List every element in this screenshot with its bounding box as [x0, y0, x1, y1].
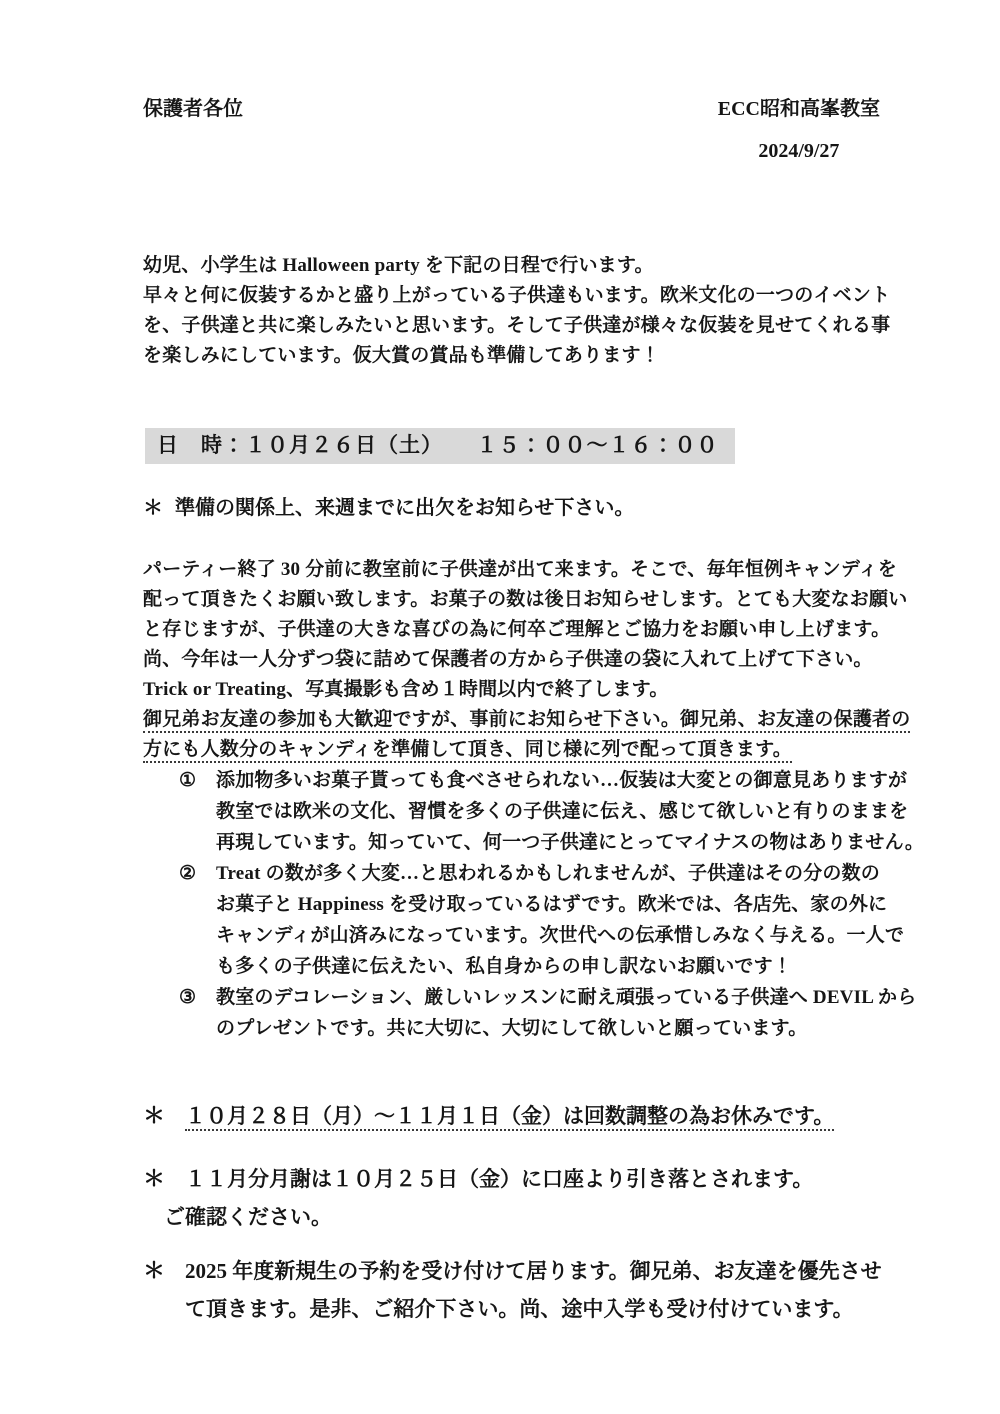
list-item: ③ 教室のデコレーション、厳しいレッスンに耐え頑張っている子供達へ DEVIL …: [179, 982, 880, 1044]
note-line: 2025 年度新規生の予約を受け付けて居ります。御兄弟、お友達を優先させ: [185, 1252, 882, 1290]
list-item-marker: ②: [179, 858, 216, 982]
list-item-marker: ①: [179, 765, 216, 858]
paragraph-line: 幼児、小学生は Halloween party を下記の日程で行います。: [143, 251, 880, 281]
body-paragraph: パーティー終了 30 分前に教室前に子供達が出て来ます。そこで、毎年恒例キャンデ…: [143, 555, 880, 765]
note-line: １１月分月謝は１０月２５日（金）に口座より引き落とされます。: [185, 1160, 813, 1198]
header: 保護者各位 ECC昭和高峯教室 2024/9/27: [143, 97, 880, 163]
paragraph-line: を楽しみにしています。仮大賞の賞品も準備してあります！: [143, 341, 880, 371]
note-line: ご確認ください。: [164, 1198, 813, 1236]
list-line: お菓子と Happiness を受け取っているはずです。欧米では、各店先、家の外…: [216, 889, 904, 920]
paragraph-line: Trick or Treating、写真撮影も含め１時間以内で終了します。: [143, 675, 880, 705]
list-item-text: 教室のデコレーション、厳しいレッスンに耐え頑張っている子供達へ DEVIL から…: [216, 982, 916, 1044]
paragraph-line: と存じますが、子供達の大きな喜びの為に何卒ご理解とご協力をお願い申し上げます。: [143, 615, 880, 645]
school-name: ECC昭和高峯教室: [718, 97, 880, 121]
document-date: 2024/9/27: [718, 139, 880, 163]
asterisk-marker: ＊: [143, 1252, 185, 1328]
intro-paragraph: 幼児、小学生は Halloween party を下記の日程で行います。 早々と…: [143, 251, 880, 371]
note-text: 2025 年度新規生の予約を受け付けて居ります。御兄弟、お友達を優先させ て頂き…: [185, 1252, 882, 1328]
paragraph-line: パーティー終了 30 分前に教室前に子供達が出て来ます。そこで、毎年恒例キャンデ…: [143, 555, 880, 585]
paragraph-line: 尚、今年は一人分ずつ袋に詰めて保護者の方から子供達の袋に入れて上げて下さい。: [143, 645, 880, 675]
list-line: Treat の数が多く大変…と思われるかもしれませんが、子供達はその分の数の: [216, 858, 904, 889]
header-right: ECC昭和高峯教室 2024/9/27: [718, 97, 880, 163]
list-item-text: 添加物多いお菓子貰っても食べさせられない…仮装は大変との御意見ありますが 教室で…: [216, 765, 924, 858]
note-text: １１月分月謝は１０月２５日（金）に口座より引き落とされます。 ご確認ください。: [185, 1160, 813, 1236]
list-line: 教室のデコレーション、厳しいレッスンに耐え頑張っている子供達へ DEVIL から: [216, 982, 916, 1013]
numbered-list: ① 添加物多いお菓子貰っても食べさせられない…仮装は大変との御意見ありますが 教…: [179, 765, 880, 1044]
list-item: ① 添加物多いお菓子貰っても食べさせられない…仮装は大変との御意見ありますが 教…: [179, 765, 880, 858]
list-line: キャンディが山済みになっています。次世代への伝承惜しみなく与える。一人で: [216, 920, 904, 951]
asterisk-marker: ＊: [143, 1098, 185, 1134]
list-item-text: Treat の数が多く大変…と思われるかもしれませんが、子供達はその分の数の お…: [216, 858, 904, 982]
paragraph-line: 早々と何に仮装するかと盛り上がっている子供達もいます。欧米文化の一つのイベント: [143, 281, 880, 311]
list-line: 再現しています。知っていて、何一つ子供達にとってマイナスの物はありません。: [216, 827, 924, 858]
note-line: て頂きます。是非、ご紹介下さい。尚、途中入学も受け付けています。: [185, 1290, 882, 1328]
asterisk-marker: ＊: [143, 494, 175, 522]
note-text-underlined: １０月２８日（月）～１１月１日（金）は回数調整の為お休みです。: [185, 1098, 834, 1134]
paragraph-line: を、子供達と共に楽しみたいと思います。そして子供達が様々な仮装を見せてくれる事: [143, 311, 880, 341]
paragraph-line: 配って頂きたくお願い致します。お菓子の数は後日お知らせします。とても大変なお願い: [143, 585, 880, 615]
list-line: のプレゼントです。共に大切に、大切にして欲しいと願っています。: [216, 1013, 916, 1044]
schedule-highlight: 日 時：１０月２６日（土） １５：００～１６：００: [145, 428, 735, 464]
note-tuition: ＊ １１月分月謝は１０月２５日（金）に口座より引き落とされます。 ご確認ください…: [143, 1160, 880, 1236]
list-line: 教室では欧米の文化、習慣を多くの子供達に伝え、感じて欲しいと有りのままを: [216, 796, 924, 827]
rsvp-text: 準備の関係上、来週までに出欠をお知らせ下さい。: [175, 494, 634, 522]
list-line: 添加物多いお菓子貰っても食べさせられない…仮装は大変との御意見ありますが: [216, 765, 924, 796]
list-line: も多くの子供達に伝えたい、私自身からの申し訳ないお願いです！: [216, 951, 904, 982]
paragraph-line-underlined: 方にも人数分のキャンディを準備して頂き、同じ様に列で配って頂きます。: [143, 735, 880, 765]
recipient: 保護者各位: [143, 97, 243, 121]
list-item-marker: ③: [179, 982, 216, 1044]
note-enrollment: ＊ 2025 年度新規生の予約を受け付けて居ります。御兄弟、お友達を優先させ て…: [143, 1252, 880, 1328]
document-page: 保護者各位 ECC昭和高峯教室 2024/9/27 幼児、小学生は Hallow…: [0, 0, 1000, 1414]
schedule-row: 日 時：１０月２６日（土） １５：００～１６：００: [143, 428, 880, 464]
list-item: ② Treat の数が多く大変…と思われるかもしれませんが、子供達はその分の数の…: [179, 858, 880, 982]
note-holiday: ＊ １０月２８日（月）～１１月１日（金）は回数調整の為お休みです。: [143, 1098, 880, 1134]
paragraph-line-underlined: 御兄弟お友達の参加も大歓迎ですが、事前にお知らせ下さい。御兄弟、お友達の保護者の: [143, 705, 880, 735]
rsvp-note: ＊ 準備の関係上、来週までに出欠をお知らせ下さい。: [143, 494, 880, 522]
